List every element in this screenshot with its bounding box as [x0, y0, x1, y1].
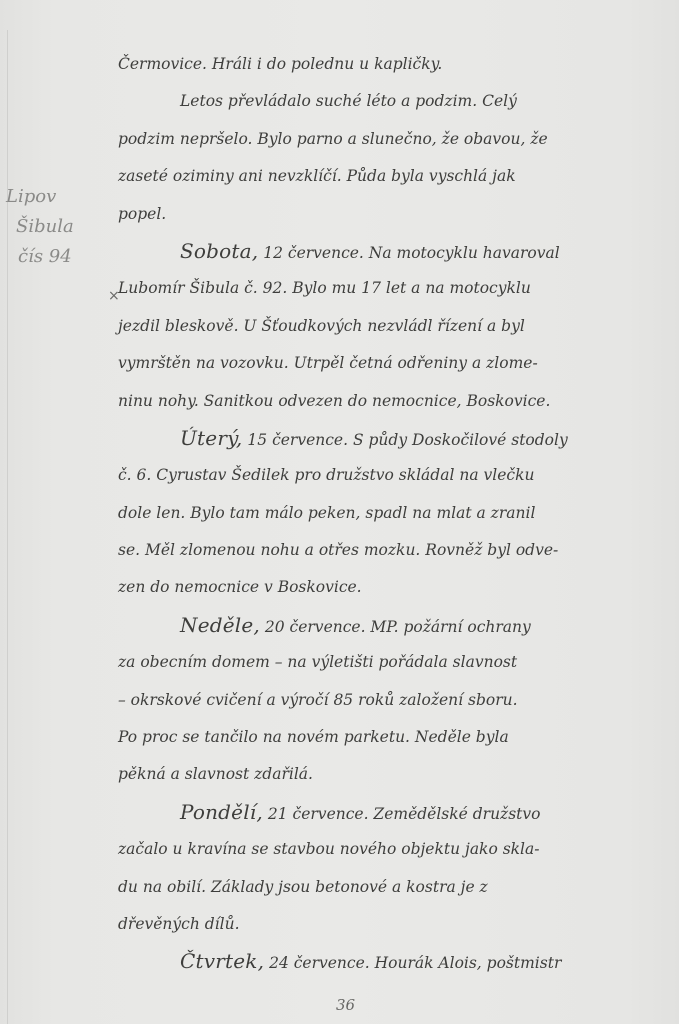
- text-line: se. Měl zlomenou nohu a otřes mozku. Rov…: [118, 532, 666, 569]
- text-line: ninu nohy. Sanitkou odvezen do nemocnice…: [118, 383, 666, 420]
- text-line: dřevěných dílů.: [118, 906, 666, 943]
- day-heading: Neděle,: [180, 613, 260, 637]
- text-line: popel.: [118, 196, 666, 233]
- text-line: vymrštěn na vozovku. Utrpěl četná odřeni…: [118, 345, 666, 382]
- document-page: Lipov Šibula čís 94 × Čermovice. Hráli i…: [0, 0, 679, 1024]
- text-line: č. 6. Cyrustav Šedilek pro družstvo sklá…: [118, 457, 666, 494]
- margin-rule: [7, 30, 8, 1024]
- day-heading: Pondělí,: [180, 800, 263, 824]
- margin-note-line: čís 94: [6, 242, 96, 272]
- text-line: Lubomír Šibula č. 92. Bylo mu 17 let a n…: [118, 270, 666, 307]
- day-heading: Čtvrtek,: [180, 949, 264, 973]
- text-line: Letos převládalo suché léto a podzim. Ce…: [118, 83, 666, 120]
- entry-heading-line: Úterý, 15 července. S půdy Doskočilové s…: [118, 420, 666, 457]
- text-line: pěkná a slavnost zdařilá.: [118, 756, 666, 793]
- text-line: za obecním domem – na výletišti pořádala…: [118, 644, 666, 681]
- text-line: zaseté oziminy ani nevzklíčí. Půda byla …: [118, 158, 666, 195]
- margin-note-line: Lipov: [6, 182, 96, 212]
- handwritten-text: Čermovice. Hráli i do polednu u kapličky…: [118, 46, 666, 981]
- entry-heading-line: Čtvrtek, 24 července. Hourák Alois, pošt…: [118, 943, 666, 980]
- entry-heading-line: Sobota, 12 července. Na motocyklu havaro…: [118, 233, 666, 270]
- day-heading: Úterý,: [180, 426, 243, 450]
- margin-note: Lipov Šibula čís 94: [6, 182, 96, 272]
- text-line: dole len. Bylo tam málo peken, spadl na …: [118, 495, 666, 532]
- entry-heading-line: Neděle, 20 července. MP. požární ochrany: [118, 607, 666, 644]
- text-line: du na obilí. Základy jsou betonové a kos…: [118, 869, 666, 906]
- page-number: 36: [336, 996, 355, 1014]
- entry-heading-line: Pondělí, 21 července. Zemědělské družstv…: [118, 794, 666, 831]
- text-line: Po proc se tančilo na novém parketu. Ned…: [118, 719, 666, 756]
- text-line: jezdil bleskově. U Šťoudkových nezvládl …: [118, 308, 666, 345]
- text-line: zen do nemocnice v Boskovice.: [118, 569, 666, 606]
- text-line: Čermovice. Hráli i do polednu u kapličky…: [118, 46, 666, 83]
- margin-note-line: Šibula: [6, 212, 96, 242]
- text-line: podzim nepršelo. Bylo parno a slunečno, …: [118, 121, 666, 158]
- text-line: – okrskové cvičení a výročí 85 roků zalo…: [118, 682, 666, 719]
- day-heading: Sobota,: [180, 239, 258, 263]
- text-line: začalo u kravína se stavbou nového objek…: [118, 831, 666, 868]
